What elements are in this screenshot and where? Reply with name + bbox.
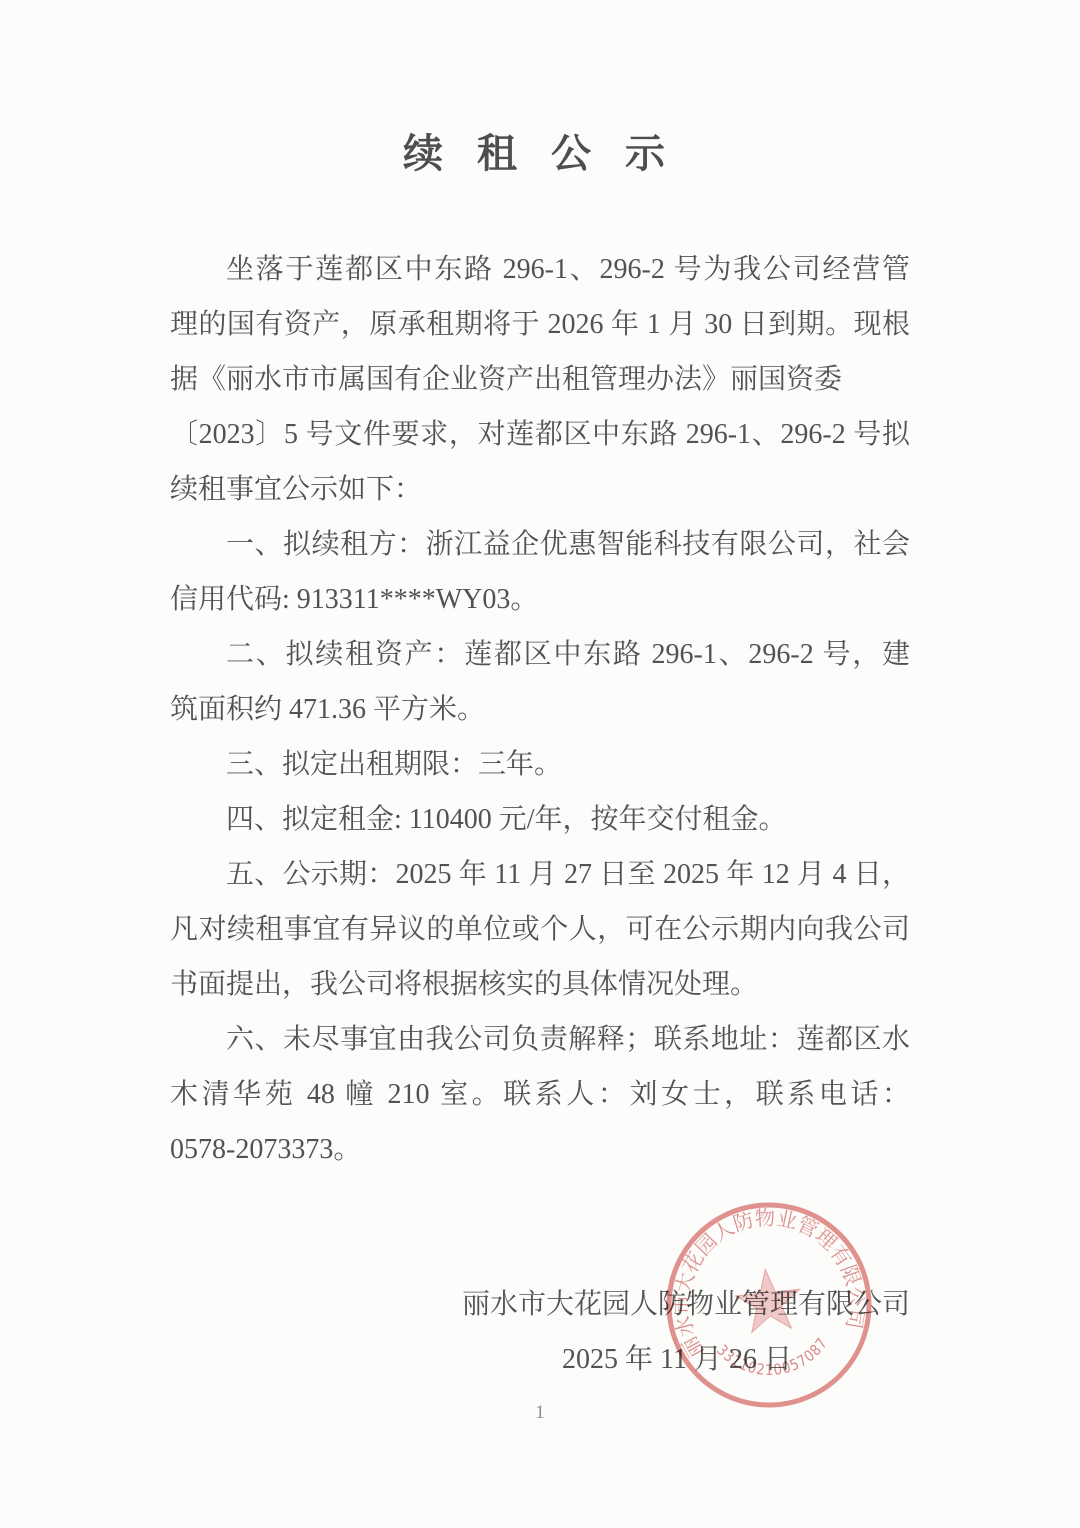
body-line: 三、拟定出租期限：三年。 bbox=[170, 737, 910, 792]
body-line: 〔2023〕5 号文件要求，对莲都区中东路 296-1、296-2 号拟 bbox=[170, 407, 910, 462]
body-line: 筑面积约 471.36 平方米。 bbox=[170, 682, 910, 737]
notice-body: 坐落于莲都区中东路 296-1、296-2 号为我公司经营管 理的国有资产，原承… bbox=[170, 242, 910, 1177]
body-line: 理的国有资产，原承租期将于 2026 年 1 月 30 日到期。现根 bbox=[170, 297, 910, 352]
notice-document-page: 续 租 公 示 坐落于莲都区中东路 296-1、296-2 号为我公司经营管 理… bbox=[0, 0, 1080, 1528]
svg-text:33110210057087: 33110210057087 bbox=[712, 1330, 835, 1385]
body-line: 二、拟续租资产：莲都区中东路 296-1、296-2 号，建 bbox=[170, 627, 910, 682]
seal-serial: 33110210057087 bbox=[712, 1330, 835, 1385]
body-line: 0578-2073373。 bbox=[170, 1122, 910, 1177]
page-number: 1 bbox=[0, 1402, 1080, 1424]
body-line: 凡对续租事宜有异议的单位或个人，可在公示期内向我公司 bbox=[170, 902, 910, 957]
company-seal: 丽水市大花园人防物业管理有限公司 33110210057087 bbox=[664, 1200, 874, 1410]
body-line: 坐落于莲都区中东路 296-1、296-2 号为我公司经营管 bbox=[170, 242, 910, 297]
body-line: 续租事宜公示如下： bbox=[170, 462, 910, 517]
body-line: 木清华苑 48 幢 210 室。联系人：刘女士，联系电话： bbox=[170, 1067, 910, 1122]
body-line: 四、拟定租金: 110400 元/年，按年交付租金。 bbox=[170, 792, 910, 847]
body-line: 书面提出，我公司将根据核实的具体情况处理。 bbox=[170, 957, 910, 1012]
body-line: 信用代码: 913311****WY03。 bbox=[170, 572, 910, 627]
body-line: 五、公示期：2025 年 11 月 27 日至 2025 年 12 月 4 日， bbox=[170, 847, 910, 902]
body-line: 据《丽水市市属国有企业资产出租管理办法》丽国资委 bbox=[170, 352, 910, 407]
seal-star-icon bbox=[733, 1266, 804, 1334]
body-line: 一、拟续租方：浙江益企优惠智能科技有限公司，社会 bbox=[170, 517, 910, 572]
page-title: 续 租 公 示 bbox=[0, 122, 1080, 179]
body-line: 六、未尽事宜由我公司负责解释；联系地址：莲都区水 bbox=[170, 1012, 910, 1067]
